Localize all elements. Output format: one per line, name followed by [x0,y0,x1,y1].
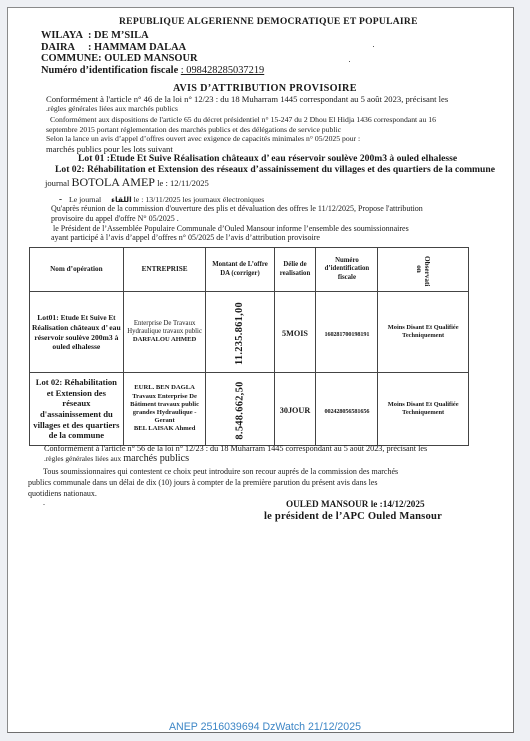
entreprise-text: EURL. BEN DAGLA Travaux Enterprise De Bâ… [126,384,204,433]
table-row: Lot 02: Réhabilitation et Extension des … [30,373,469,446]
cell-operation: Lot 02: Réhabilitation et Extension des … [30,373,124,446]
daira-label: DAIRA [41,42,88,53]
closing-p1-line2: .règles générales liées aux marchés publ… [44,454,427,464]
intro-paragraph-3: Selon la lance un avis d’appel d’offres … [46,134,360,154]
commune-label: COMMUNE: [41,53,102,64]
wilaya-label: WILAYA [41,30,88,41]
header-montant: Montant de L’offre DA (corriger) [206,248,274,292]
president-line1: le Président de l’Assemblée Populaire Co… [51,224,423,234]
cell-fiscal: 002428056581656 [316,373,378,446]
notice-title: AVIS D’ATTRIBUTION PROVISOIRE [173,83,357,94]
observation-value: Moins Disant Et Qualifiée Techniquement [380,401,466,417]
closing-p1-line1: Conformément à l'article n° 56 de la loi… [44,444,427,454]
wilaya-value: : DE M’SILA [88,30,149,41]
amount-value: 11.235.861,00 [234,302,245,365]
observation-value: Moins Disant Et Qualifiée Techniquement [380,324,466,340]
journal-name-arabic: اللقاء [111,195,132,204]
president-line2: ayant participé à l’avis d’appel d’offre… [51,233,423,243]
operation-text: Lot 02: Réhabilitation et Extension des … [32,377,121,441]
signature-place-date: OULED MANSOUR le :14/12/2025 [286,499,425,509]
amount-value: 8.548.662,50 [234,381,245,439]
journal-name: BOTOLA AMEP [72,175,155,189]
operation-text: Lot01: Etude Et Suive Et Réalisation châ… [32,313,121,352]
commune-line: COMMUNE: OULED MANSOUR [41,53,197,64]
wilaya-line: WILAYA: DE M’SILA [41,30,149,41]
closing-p1-small: .règles générales liées aux [44,454,121,463]
journal-line-1: journal BOTOLA AMEP le : 12/11/2025 [45,175,209,190]
scan-speck [373,46,374,47]
fiscal-id-value: : 098428285037219 [181,65,264,76]
entreprise-name: BEL LAISAK Ahmed [126,425,204,433]
delay-value: 30JOUR [280,406,310,415]
intro-p1-line2: .règles générales liées aux marchés publ… [46,104,448,114]
observation-header-text: Observati on [415,256,431,282]
operation-body: Réalisation châteaux d’ eau réservoir so… [32,323,121,351]
journal-date: le : 13/11/2025 les journaux électroniqu… [134,195,265,204]
cell-delai: 5MOIS [274,292,316,373]
journal-prefix: Le journal [69,195,101,204]
intro-p3-line1: Selon la lance un avis d’appel d’offres … [46,134,360,144]
header-fiscal: Numéro d’identification fiscale [316,248,378,292]
entreprise-desc: Enterprise De Travaux Hydraulique travau… [126,320,204,336]
operation-rest: Etude Et Suive Et [61,314,116,322]
header-delai: Délie de realisation [274,248,316,292]
intro-p1-line1: Conformément à l'article n° 46 de la loi… [46,94,448,104]
closing-paragraph-2: Tous soumissionnaires qui contestent ce … [28,466,398,499]
operation-prefix: Lot01: [37,313,59,322]
intro-p2-line2: septembre 2015 portant réglementation de… [46,125,436,135]
attribution-table: Nom d’opération ENTREPRISE Montant de L’… [29,247,469,446]
bullet-dash: - [59,194,62,204]
cell-delai: 30JOUR [274,373,316,446]
fiscal-value: 002428056581656 [324,408,369,415]
signature-signatory: le président de l’APC Ouled Mansour [264,511,442,522]
commission-paragraph: Qu'après réunion de la commission d'ouve… [51,204,423,243]
stray-dot: . [43,498,45,507]
cell-operation: Lot01: Etude Et Suive Et Réalisation châ… [30,292,124,373]
scan-speck [349,61,350,62]
header-observation: Observati on [378,248,469,292]
closing-paragraph-1: Conformément à l'article n° 56 de la loi… [44,444,427,464]
journal-date: le : 12/11/2025 [157,178,209,188]
intro-p2-line1: Conformément aux dispositions de l'artic… [46,115,436,125]
cell-observation: Moins Disant Et Qualifiée Techniquement [378,292,469,373]
cell-montant: 11.235.861,00 [206,292,274,373]
cell-fiscal: 160281700198191 [316,292,378,373]
delay-value: 5MOIS [282,329,308,338]
fiscal-id-label: Numéro d’identification fiscale [41,65,178,76]
entreprise-desc: EURL. BEN DAGLA Travaux Enterprise De Bâ… [126,384,204,425]
header-entreprise: ENTREPRISE [123,248,206,292]
daira-value: : HAMMAM DALAA [88,42,186,53]
lot1-title: Lot 01 :Etude Et Suive Réalisation châte… [78,153,457,164]
header-operation: Nom d’opération [30,248,124,292]
commune-value: OULED MANSOUR [104,53,197,64]
table-header-row: Nom d’opération ENTREPRISE Montant de L’… [30,248,469,292]
cell-observation: Moins Disant Et Qualifiée Techniquement [378,373,469,446]
lot2-title: Lot 02: Réhabilitation et Extension des … [55,164,495,175]
commission-line1: Qu'après réunion de la commission d'ouve… [51,204,423,214]
journal-line-2: - Le journal اللقاء le : 13/11/2025 les … [59,194,264,204]
closing-p1-big: marchés publics [123,453,189,464]
fiscal-id-line: Numéro d’identification fiscale : 098428… [41,65,264,76]
republic-heading: REPUBLIQUE ALGERIENNE DEMOCRATIQUE ET PO… [119,16,418,27]
footer-reference: ANEP 2516039694 DzWatch 21/12/2025 [0,721,530,733]
commission-line2: provisoire du appel d'offre N° 05/2025 . [51,214,423,224]
closing-p2-line3: quotidiens nationaux. [28,488,398,499]
intro-paragraph-2: Conformément aux dispositions de l'artic… [46,115,436,134]
closing-p2-line1: Tous soumissionnaires qui contestent ce … [28,466,398,477]
table-row: Lot01: Etude Et Suive Et Réalisation châ… [30,292,469,373]
entreprise-text: Enterprise De Travaux Hydraulique travau… [126,320,204,345]
fiscal-value: 160281700198191 [324,331,369,338]
cell-entreprise: Enterprise De Travaux Hydraulique travau… [123,292,206,373]
closing-p2-line2: publics communale dans un délai de dix (… [28,477,398,488]
cell-montant: 8.548.662,50 [206,373,274,446]
entreprise-name: DARFALOU AHMED [126,336,204,344]
journal-prefix: journal [45,178,69,188]
daira-line: DAIRA: HAMMAM DALAA [41,42,186,53]
intro-paragraph-1: Conformément à l'article n° 46 de la loi… [46,94,448,114]
cell-entreprise: EURL. BEN DAGLA Travaux Enterprise De Bâ… [123,373,206,446]
